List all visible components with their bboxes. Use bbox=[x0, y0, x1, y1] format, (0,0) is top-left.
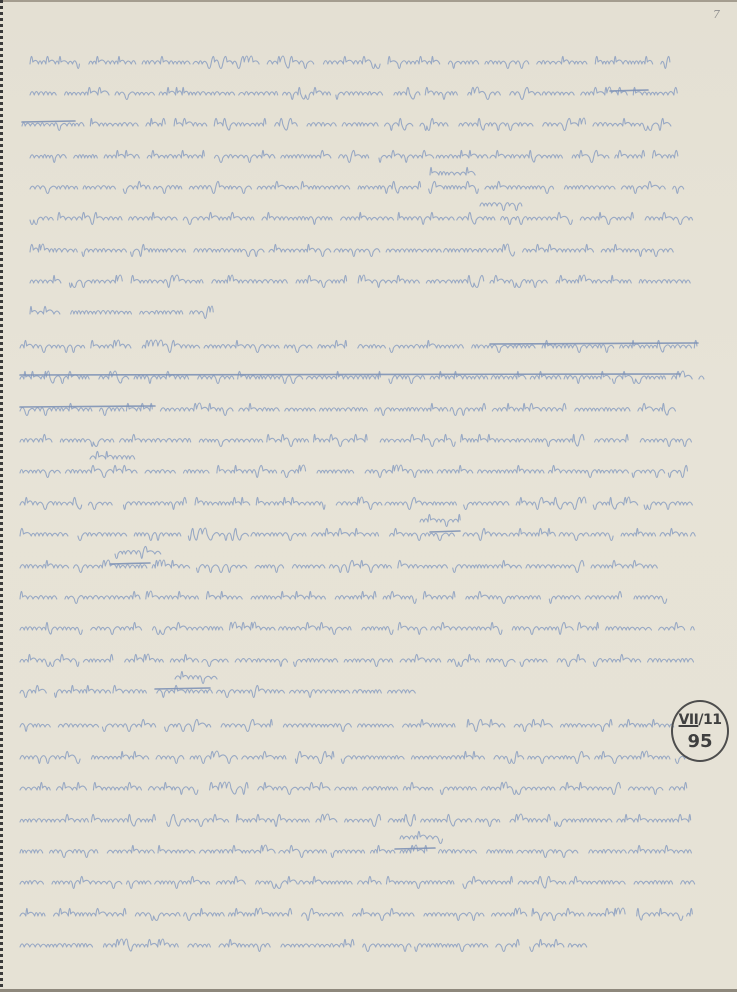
handwritten-line: ... Mensch ... 1912 ... und die bbox=[0, 835, 737, 857]
handwriting-strokes bbox=[0, 108, 737, 138]
handwritten-line: ... für ... nach der ... mit seinen bbox=[0, 581, 737, 603]
handwritten-line: heit ... man ... daß die ... – das ... bbox=[0, 265, 737, 287]
strikethrough bbox=[22, 121, 75, 122]
handwritten-line: ... Zeit ... Mensch ... Mensch- bbox=[0, 234, 737, 256]
archive-stamp: VII/11 95 bbox=[671, 700, 729, 762]
handwriting-strokes bbox=[0, 330, 737, 360]
handwriting-strokes bbox=[0, 393, 737, 423]
handwritten-line: mit ...ungen (... ) ... alle. bbox=[0, 929, 737, 951]
handwritten-line: ..., daß er ... eine ... bbox=[0, 202, 737, 224]
handwritten-line: Dieser Krieg kann ... bbox=[0, 330, 737, 352]
handwriting-strokes bbox=[0, 171, 737, 201]
handwritten-line: ... mit ... die ... , ... bbox=[0, 898, 737, 920]
strikethrough bbox=[110, 563, 150, 564]
archive-stamp-bottom: 95 bbox=[673, 732, 727, 752]
strikethrough bbox=[610, 90, 648, 91]
handwritten-line: ... die Frage ... zum Krieg gekommen ist… bbox=[0, 741, 737, 763]
handwritten-line: ( ... Zeit ... ) ... für bbox=[0, 140, 737, 162]
handwritten-line: ...ungen, ..., ... usw. Ich bbox=[0, 612, 737, 634]
handwritten-line: gelegten ... Frieden ... (... bbox=[0, 518, 737, 540]
handwritten-line: ... ( ... , ... , ... , ... ) ... bbox=[0, 866, 737, 888]
interlinear-insertion bbox=[115, 546, 161, 558]
handwriting-strokes bbox=[0, 741, 737, 771]
strikethrough bbox=[20, 374, 680, 375]
strikethrough bbox=[20, 406, 155, 407]
handwritten-line: ... gemacht haben bbox=[0, 675, 737, 697]
handwriting-strokes bbox=[0, 929, 737, 959]
handwritten-line: ... des ... bbox=[0, 296, 737, 318]
handwriting-strokes bbox=[0, 581, 737, 611]
handwritten-line: die richtige Antwort darauf ist: ... Fri… bbox=[0, 772, 737, 794]
manuscript-page: 7 Wenn ein Mensch für die ... Zeit ... k… bbox=[0, 0, 737, 992]
handwriting-strokes bbox=[0, 202, 737, 232]
handwriting-strokes bbox=[0, 455, 737, 485]
handwriting-strokes bbox=[0, 265, 737, 295]
handwriting-strokes bbox=[0, 518, 737, 548]
strikethrough bbox=[395, 848, 435, 849]
handwritten-line: ... daß wir ... Frieden ... bbox=[0, 644, 737, 666]
handwritten-line: ... mit ... Frieden ... bbox=[0, 393, 737, 415]
handwriting-strokes bbox=[0, 804, 737, 834]
handwriting-strokes bbox=[0, 140, 737, 170]
handwritten-line: ... alle ... so müsse ... Zeit ... bbox=[0, 108, 737, 130]
handwriting-strokes bbox=[0, 866, 737, 896]
strikethrough bbox=[430, 531, 460, 532]
strikethrough bbox=[155, 688, 210, 689]
handwriting-strokes bbox=[0, 772, 737, 802]
handwritten-line: für ...) die ... zur ... auf- bbox=[0, 487, 737, 509]
handwriting-strokes bbox=[0, 675, 737, 705]
handwritten-line: und ... Satz ... wenn man ..., bbox=[0, 424, 737, 446]
handwriting-strokes bbox=[0, 644, 737, 674]
archive-stamp-arabic: 11 bbox=[703, 712, 721, 728]
handwritten-line: daß ... Frieden ... (... bbox=[0, 455, 737, 477]
handwriting-strokes bbox=[0, 296, 737, 326]
archive-stamp-top: VII/11 bbox=[673, 712, 727, 728]
archive-stamp-roman: VII bbox=[679, 712, 699, 728]
handwriting-strokes bbox=[0, 898, 737, 928]
handwritten-line: ... bbox=[0, 361, 737, 383]
page-number: 7 bbox=[713, 8, 720, 21]
strikethrough bbox=[490, 343, 698, 344]
handwritten-line: Wenn ein Mensch für die ... Zeit ... kan… bbox=[0, 46, 737, 68]
handwritten-line: Auch muß man, wenn man wissen will, ... … bbox=[0, 709, 737, 731]
handwriting-strokes bbox=[0, 612, 737, 642]
handwriting-strokes bbox=[0, 234, 737, 264]
handwritten-line: ... Hunger ... Familie ... bbox=[0, 77, 737, 99]
interlinear-insertion bbox=[480, 203, 522, 211]
handwriting-strokes bbox=[0, 77, 737, 107]
page-top-edge bbox=[0, 0, 737, 2]
handwriting-strokes bbox=[0, 487, 737, 517]
handwriting-strokes bbox=[0, 709, 737, 739]
handwriting-strokes bbox=[0, 424, 737, 454]
handwritten-line: den ... mit ... bbox=[0, 171, 737, 193]
handwritten-line: ... französischer) von bbox=[0, 550, 737, 572]
handwriting-strokes bbox=[0, 361, 737, 391]
handwriting-strokes bbox=[0, 835, 737, 865]
handwritten-line: ... vor 1914 den Krieg für ... bbox=[0, 804, 737, 826]
handwriting-strokes bbox=[0, 550, 737, 580]
handwriting-strokes bbox=[0, 46, 737, 76]
